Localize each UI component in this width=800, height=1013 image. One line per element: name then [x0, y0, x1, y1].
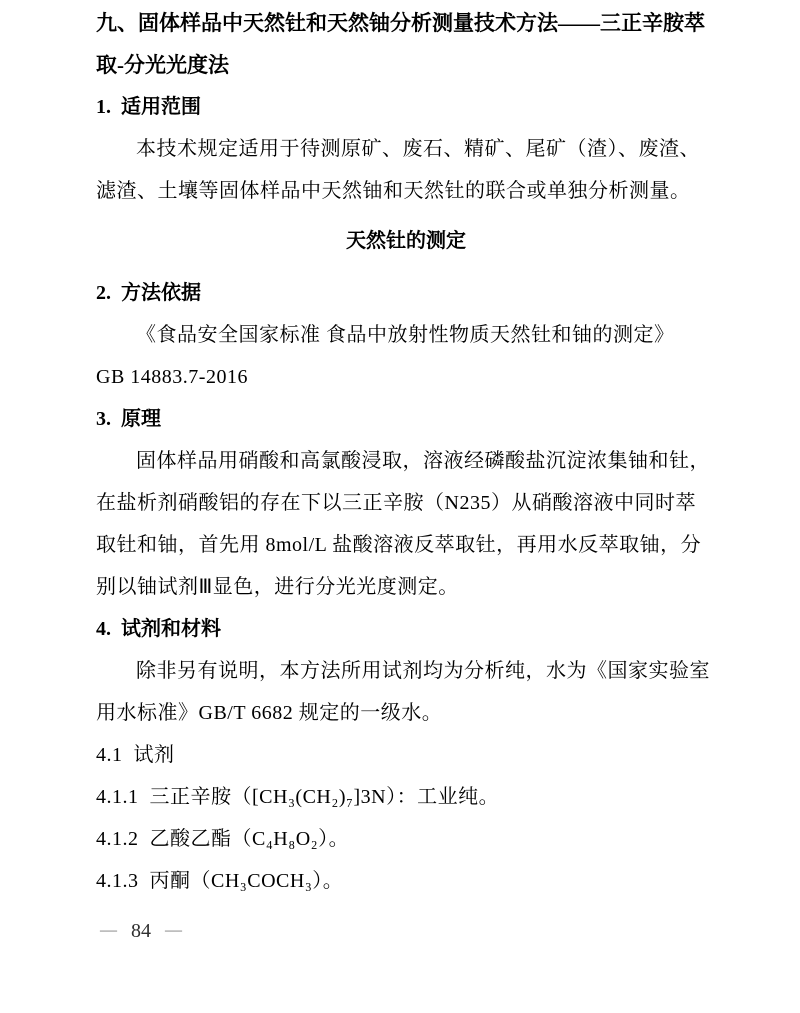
section-1-heading: 1. 适用范围 [96, 86, 716, 128]
reagent-item-1: 4.1.1 三正辛胺（[CH₃(CH₂)₇]3N）：工业纯。 [96, 776, 716, 818]
subsection-4-1-heading: 4.1 试剂 [96, 734, 716, 776]
section-2-heading: 2. 方法依据 [96, 272, 716, 314]
section-1-paragraph: 本技术规定适用于待测原矿、废石、精矿、尾矿（渣）、废渣、 滤渣、土壤等固体样品中… [96, 128, 716, 212]
section-4-paragraph: 除非另有说明，本方法所用试剂均为分析纯，水为《国家实验室 用水标准》GB/T 6… [96, 650, 716, 734]
page-footer: —84— [100, 918, 716, 945]
reagent-item-2: 4.1.2 乙酸乙酯（C₄H₈O₂）。 [96, 818, 716, 860]
footer-left-dash: — [100, 920, 117, 939]
footer-page-number: 84 [131, 920, 151, 942]
doc-title: 九、固体样品中天然钍和天然铀分析测量技术方法——三正辛胺萃 取-分光光度法 [96, 2, 716, 86]
section-3-paragraph: 固体样品用硝酸和高氯酸浸取，溶液经磷酸盐沉淀浓集铀和钍， 在盐析剂硝酸铝的存在下… [96, 440, 716, 608]
section-3-heading: 3. 原理 [96, 398, 716, 440]
section-4-heading: 4. 试剂和材料 [96, 608, 716, 650]
document-page: 九、固体样品中天然钍和天然铀分析测量技术方法——三正辛胺萃 取-分光光度法 1.… [0, 0, 800, 1013]
reagent-item-3: 4.1.3 丙酮（CH₃COCH₃）。 [96, 860, 716, 902]
footer-right-dash: — [165, 920, 182, 939]
section-2-paragraph: 《食品安全国家标准 食品中放射性物质天然钍和铀的测定》 GB 14883.7-2… [96, 314, 716, 398]
part-heading: 天然钍的测定 [96, 220, 716, 262]
